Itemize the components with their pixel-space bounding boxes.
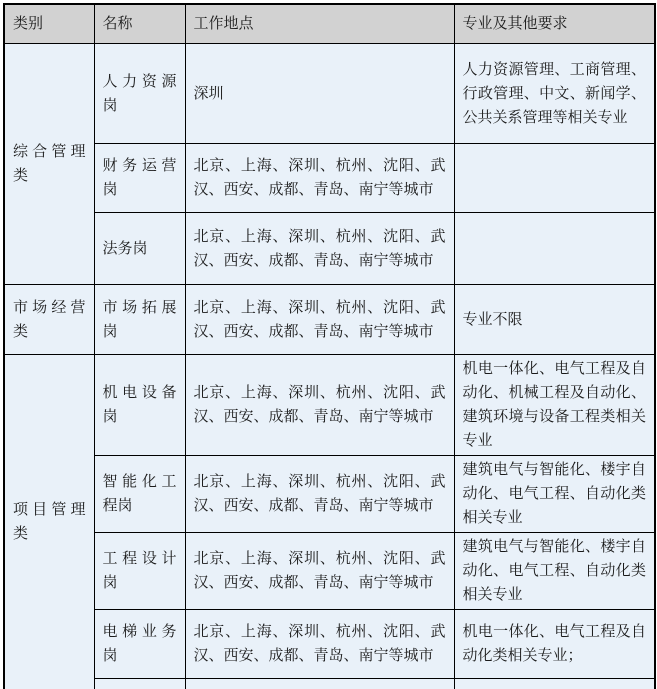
header-category: 类别 <box>4 4 94 44</box>
requirement-cell: 专业不限 <box>454 285 655 355</box>
header-requirements: 专业及其他要求 <box>454 4 655 44</box>
location-cell: 北京、上海、深圳、杭州、沈阳、武汉、西安、成都、青岛、南宁等城市 <box>185 144 454 213</box>
position-name-cell: 智能化工程岗 <box>94 456 185 533</box>
table-row: 智能化工程岗 北京、上海、深圳、杭州、沈阳、武汉、西安、成都、青岛、南宁等城市 … <box>4 456 655 533</box>
position-name-cell <box>94 679 185 689</box>
location-cell: 北京、上海、深圳、杭州、沈阳、武汉、西安、成都、青岛、南宁等城市 <box>185 456 454 533</box>
location-cell: 北京、上海、深圳、杭州、沈阳、武汉、西安、成都、青岛、南宁等城市 <box>185 533 454 610</box>
location-cell: 北京、上海、深圳、杭州、沈阳、武汉、西安、成都、青岛、南宁等城市 <box>185 610 454 679</box>
position-name-cell: 财务运营岗 <box>94 144 185 213</box>
position-name-cell: 电梯业务岗 <box>94 610 185 679</box>
category-cell-comprehensive-management: 综合管理类 <box>4 44 94 285</box>
location-cell: 北京、上海、深圳、杭州、沈阳、武汉、西安、成都、青岛、南宁等城市 <box>185 355 454 456</box>
position-name-cell: 法务岗 <box>94 213 185 285</box>
requirement-cell: 建筑电气与智能化、楼宇自动化、电气工程、自动化类相关专业 <box>454 533 655 610</box>
requirement-cell: 机电一体化、电气工程及自动化、机械工程及自动化、建筑环境与设备工程类相关专业 <box>454 355 655 456</box>
location-cell: 北京、上海、深圳、杭州、沈阳、武汉、西安、成都、青岛、南宁等城市 <box>185 213 454 285</box>
header-row: 类别 名称 工作地点 专业及其他要求 <box>4 4 655 44</box>
table-row-cutoff <box>4 679 655 689</box>
table-row: 工程设计岗 北京、上海、深圳、杭州、沈阳、武汉、西安、成都、青岛、南宁等城市 建… <box>4 533 655 610</box>
requirement-cell <box>454 144 655 213</box>
page: 类别 名称 工作地点 专业及其他要求 综合管理类 人力资源岗 深圳 人力资源管理… <box>0 0 657 689</box>
header-name: 名称 <box>94 4 185 44</box>
requirement-cell: 人力资源管理、工商管理、行政管理、中文、新闻学、公共关系管理等相关专业 <box>454 44 655 144</box>
requirement-cell: 建筑电气与智能化、楼宇自动化、电气工程、自动化类相关专业 <box>454 456 655 533</box>
position-name-cell: 工程设计岗 <box>94 533 185 610</box>
table-row: 财务运营岗 北京、上海、深圳、杭州、沈阳、武汉、西安、成都、青岛、南宁等城市 <box>4 144 655 213</box>
location-cell: 北京、上海、深圳、杭州、沈阳、武汉、西安、成都、青岛、南宁等城市 <box>185 285 454 355</box>
requirement-cell <box>454 679 655 689</box>
table-row: 电梯业务岗 北京、上海、深圳、杭州、沈阳、武汉、西安、成都、青岛、南宁等城市 机… <box>4 610 655 679</box>
table-row: 法务岗 北京、上海、深圳、杭州、沈阳、武汉、西安、成都、青岛、南宁等城市 <box>4 213 655 285</box>
position-name-cell: 机电设备岗 <box>94 355 185 456</box>
header-location: 工作地点 <box>185 4 454 44</box>
requirement-cell: 机电一体化、电气工程及自动化类相关专业； <box>454 610 655 679</box>
category-cell-project-management: 项目管理类 <box>4 355 94 689</box>
requirement-cell <box>454 213 655 285</box>
table-row: 项目管理类 机电设备岗 北京、上海、深圳、杭州、沈阳、武汉、西安、成都、青岛、南… <box>4 355 655 456</box>
category-cell-marketing: 市场经营类 <box>4 285 94 355</box>
table-row: 市场经营类 市场拓展岗 北京、上海、深圳、杭州、沈阳、武汉、西安、成都、青岛、南… <box>4 285 655 355</box>
position-name-cell: 市场拓展岗 <box>94 285 185 355</box>
recruitment-table: 类别 名称 工作地点 专业及其他要求 综合管理类 人力资源岗 深圳 人力资源管理… <box>3 3 656 689</box>
position-name-cell: 人力资源岗 <box>94 44 185 144</box>
location-cell: 深圳 <box>185 44 454 144</box>
table-row: 综合管理类 人力资源岗 深圳 人力资源管理、工商管理、行政管理、中文、新闻学、公… <box>4 44 655 144</box>
location-cell <box>185 679 454 689</box>
